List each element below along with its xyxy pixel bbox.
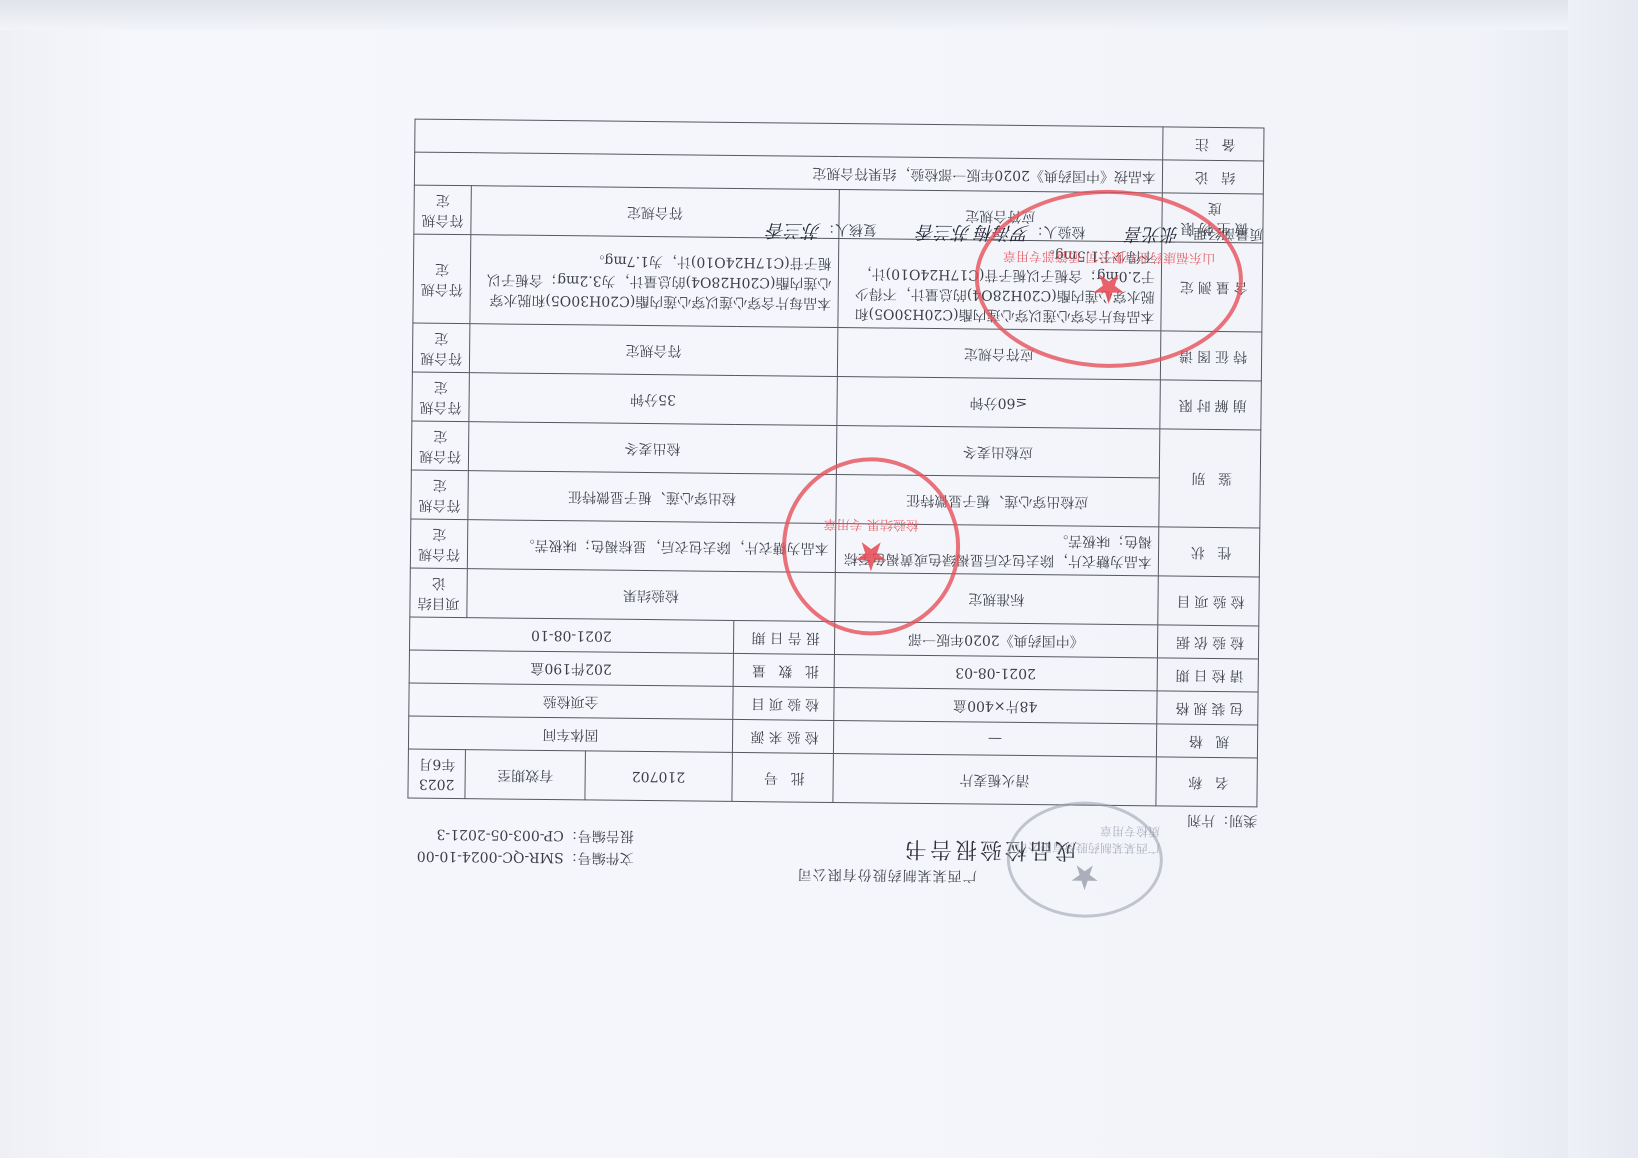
test-result: 本品每片含穿心莲以穿心莲内酯(C20H30O5)和脱水穿心莲内酯(C20H28O…	[470, 235, 838, 328]
value-report-date: 2021-08-10	[409, 617, 733, 653]
test-result: 检出穿心莲、栀子显微特征	[468, 471, 836, 524]
label-package: 包装规格	[1157, 691, 1258, 725]
seal-text: 广西某某制药股份有限公司 质检专用章	[1010, 822, 1160, 858]
test-conclusion: 符合规定	[410, 519, 468, 569]
label-test-scope: 检验项目	[732, 686, 833, 720]
test-item: 崩解时限	[1160, 380, 1262, 430]
label-expiry: 有效期至	[465, 750, 585, 800]
value-expiry: 2023年6月	[408, 749, 466, 799]
inspection-report: 广西某某制药股份有限公司 成品检验报告书 文件编号：SMR-QC-0024-10…	[407, 221, 1264, 890]
header-result: 检验结果	[467, 569, 835, 622]
value-test-scope: 全项检验	[409, 683, 733, 719]
seal-text: 检验结果 专用章	[824, 516, 919, 536]
label-batch: 批 号	[732, 752, 834, 802]
value-batch: 210702	[585, 751, 732, 802]
test-conclusion: 符合规定	[413, 234, 471, 324]
value-quantity: 202件190盒	[409, 650, 733, 686]
star-icon: ★	[1091, 268, 1127, 308]
test-item: 鉴 别	[1159, 429, 1261, 528]
value-package: 48片×400盒	[833, 687, 1157, 723]
test-result: 符合规定	[470, 324, 838, 377]
label-basis: 检验依据	[1157, 625, 1258, 659]
table-row: 名 称 清火栀麦片 批 号 210702 有效期至 2023年6月	[408, 749, 1257, 807]
test-item: 性 状	[1158, 527, 1260, 577]
star-icon: ★	[1069, 856, 1100, 896]
value-source: 固体车间	[408, 716, 732, 752]
test-standard: ≤60分钟	[836, 377, 1160, 429]
reviewer-label: 复核人：	[821, 221, 877, 238]
category-label: 类别：	[1215, 812, 1257, 828]
scan-edge-top	[0, 0, 1638, 30]
value-name: 清火栀麦片	[833, 753, 1157, 805]
header-conclusion: 项目结论	[410, 568, 468, 618]
test-result: 本品为糖衣片，除去包衣后，显棕褐色；味极苦。	[468, 520, 836, 573]
category: 类别：片剂	[1187, 811, 1257, 832]
remark-label: 备 注	[1163, 127, 1264, 161]
inspector2-signature: 苏兰香	[917, 221, 971, 243]
test-conclusion: 符合规定	[412, 323, 470, 373]
label-quantity: 批 数 量	[733, 653, 834, 687]
doc-no-label: 文件编号：	[564, 849, 634, 866]
company-seal-gray: ★ 广西某某制药股份有限公司 质检专用章	[1006, 801, 1163, 919]
test-conclusion: 符合规定	[411, 470, 469, 520]
scan-edge-right	[1568, 0, 1638, 1158]
seal-text: 山东福康药业有限公司 质管部专用章	[1003, 248, 1215, 269]
label-report-date: 报告日期	[733, 620, 834, 654]
doc-no: SMR-QC-0024-10-00	[417, 848, 564, 866]
document-numbers: 文件编号：SMR-QC-0024-10-00 报告编号：CP-003-05-20…	[417, 823, 634, 869]
label-spec: 规 格	[1156, 724, 1257, 758]
label-source: 检验来源	[732, 719, 833, 753]
test-row: 崩解时限 ≤60分钟 35分钟 符合规定	[412, 372, 1261, 430]
result-seal: ★ 检验结果 专用章	[781, 456, 961, 636]
report-no: CP-003-05-2021-3	[436, 826, 564, 843]
test-conclusion: 符合规定	[412, 372, 470, 422]
test-conclusion: 符合规定	[411, 421, 469, 471]
conclusion-label: 结 论	[1162, 160, 1263, 194]
label-request-date: 请检日期	[1157, 658, 1258, 692]
value-spec: —	[833, 720, 1157, 756]
test-result: 35分钟	[469, 373, 837, 426]
header-item: 检验项目	[1158, 576, 1260, 626]
report-no-label: 报告编号：	[564, 827, 634, 844]
star-icon: ★	[853, 536, 889, 576]
test-result: 检出麦冬	[469, 422, 837, 475]
reviewer-signature: 苏兰香	[767, 219, 821, 241]
label-name: 名 称	[1156, 757, 1258, 807]
category-value: 片剂	[1187, 812, 1215, 828]
value-request-date: 2021-08-03	[834, 654, 1158, 690]
